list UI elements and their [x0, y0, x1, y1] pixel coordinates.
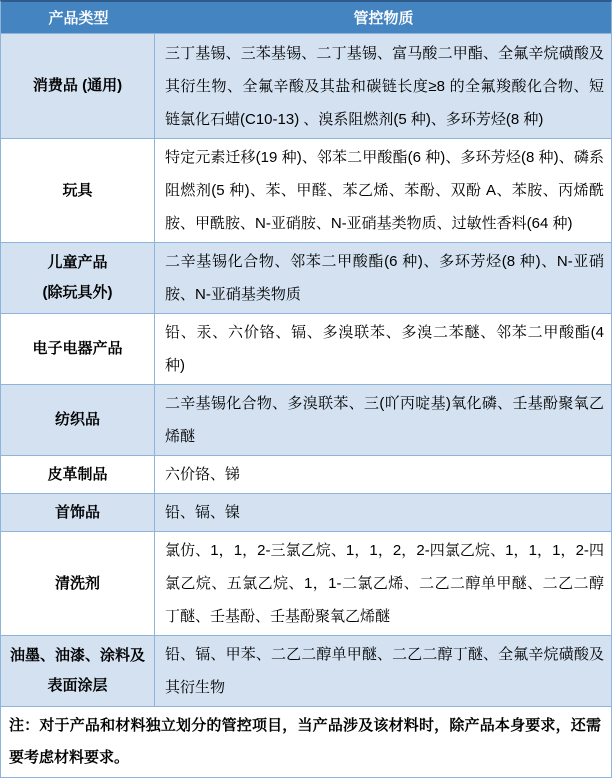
substances-cell: 三丁基锡、三苯基锡、二丁基锡、富马酸二甲酯、全氟辛烷磺酸及其衍生物、全氟辛酸及其… [155, 34, 611, 138]
product-type-cell: 玩具 [1, 139, 155, 242]
table-row: 油墨、油漆、涂料及 表面涂层 铅、镉、甲苯、二乙二醇单甲醚、二乙二醇丁醚、全氟辛… [1, 635, 611, 706]
substances-cell: 铅、镉、甲苯、二乙二醇单甲醚、二乙二醇丁醚、全氟辛烷磺酸及其衍生物 [155, 636, 611, 706]
table-row: 首饰品 铅、镉、镍 [1, 493, 611, 531]
substances-text: 铅、汞、六价铬、镉、多溴联苯、多溴二苯醚、邻苯二甲酸酯(4 种) [165, 316, 604, 382]
table-row: 消费品 (通用) 三丁基锡、三苯基锡、二丁基锡、富马酸二甲酯、全氟辛烷磺酸及其衍… [1, 33, 611, 138]
substances-text: 二辛基锡化合物、邻苯二甲酸酯(6 种)、多环芳烃(8 种)、N-亚硝胺、N-亚硝… [165, 245, 604, 311]
product-type-cell: 电子电器产品 [1, 314, 155, 384]
substances-text: 六价铬、锑 [165, 458, 604, 491]
substances-cell: 二辛基锡化合物、邻苯二甲酸酯(6 种)、多环芳烃(8 种)、N-亚硝胺、N-亚硝… [155, 243, 611, 313]
substances-cell: 氯仿、1，1，2-三氯乙烷、1，1，2，2-四氯乙烷、1，1，1，2-四氯乙烷、… [155, 532, 611, 635]
note-text: 注：对于产品和材料独立划分的管控项目，当产品涉及该材料时，除产品本身要求，还需要… [9, 710, 601, 774]
table-header-row: 产品类型 管控物质 [1, 2, 611, 33]
substances-text: 铅、镉、甲苯、二乙二醇单甲醚、二乙二醇丁醚、全氟辛烷磺酸及其衍生物 [165, 638, 604, 704]
product-type-cell: 油墨、油漆、涂料及 表面涂层 [1, 636, 155, 706]
table-row: 皮革制品 六价铬、锑 [1, 455, 611, 493]
header-controlled-substances: 管控物质 [156, 7, 611, 28]
product-type-cell: 纺织品 [1, 385, 155, 455]
substances-text: 二辛基锡化合物、多溴联苯、三(吖丙啶基)氧化磷、壬基酚聚氧乙烯醚 [165, 387, 604, 453]
table-row: 清洗剂 氯仿、1，1，2-三氯乙烷、1，1，2，2-四氯乙烷、1，1，1，2-四… [1, 531, 611, 635]
product-type-cell: 首饰品 [1, 494, 155, 531]
substances-text: 氯仿、1，1，2-三氯乙烷、1，1，2，2-四氯乙烷、1，1，1，2-四氯乙烷、… [165, 534, 604, 633]
substances-cell: 六价铬、锑 [155, 456, 611, 493]
controlled-substances-table: 产品类型 管控物质 消费品 (通用) 三丁基锡、三苯基锡、二丁基锡、富马酸二甲酯… [0, 0, 612, 778]
product-type-cell: 儿童产品 (除玩具外) [1, 243, 155, 313]
substances-text: 铅、镉、镍 [165, 496, 604, 529]
product-type-cell: 皮革制品 [1, 456, 155, 493]
substances-cell: 二辛基锡化合物、多溴联苯、三(吖丙啶基)氧化磷、壬基酚聚氧乙烯醚 [155, 385, 611, 455]
product-type-cell: 消费品 (通用) [1, 34, 155, 138]
substances-cell: 特定元素迁移(19 种)、邻苯二甲酸酯(6 种)、多环芳烃(8 种)、磷系阻燃剂… [155, 139, 611, 242]
table-row: 玩具 特定元素迁移(19 种)、邻苯二甲酸酯(6 种)、多环芳烃(8 种)、磷系… [1, 138, 611, 242]
substances-text: 三丁基锡、三苯基锡、二丁基锡、富马酸二甲酯、全氟辛烷磺酸及其衍生物、全氟辛酸及其… [165, 37, 604, 136]
table-note-row: 注：对于产品和材料独立划分的管控项目，当产品涉及该材料时，除产品本身要求，还需要… [1, 706, 611, 777]
table-row: 电子电器产品 铅、汞、六价铬、镉、多溴联苯、多溴二苯醚、邻苯二甲酸酯(4 种) [1, 313, 611, 384]
product-type-cell: 清洗剂 [1, 532, 155, 635]
table-row: 纺织品 二辛基锡化合物、多溴联苯、三(吖丙啶基)氧化磷、壬基酚聚氧乙烯醚 [1, 384, 611, 455]
substances-cell: 铅、镉、镍 [155, 494, 611, 531]
substances-cell: 铅、汞、六价铬、镉、多溴联苯、多溴二苯醚、邻苯二甲酸酯(4 种) [155, 314, 611, 384]
table-row: 儿童产品 (除玩具外) 二辛基锡化合物、邻苯二甲酸酯(6 种)、多环芳烃(8 种… [1, 242, 611, 313]
header-product-type: 产品类型 [1, 7, 156, 28]
substances-text: 特定元素迁移(19 种)、邻苯二甲酸酯(6 种)、多环芳烃(8 种)、磷系阻燃剂… [165, 141, 604, 240]
